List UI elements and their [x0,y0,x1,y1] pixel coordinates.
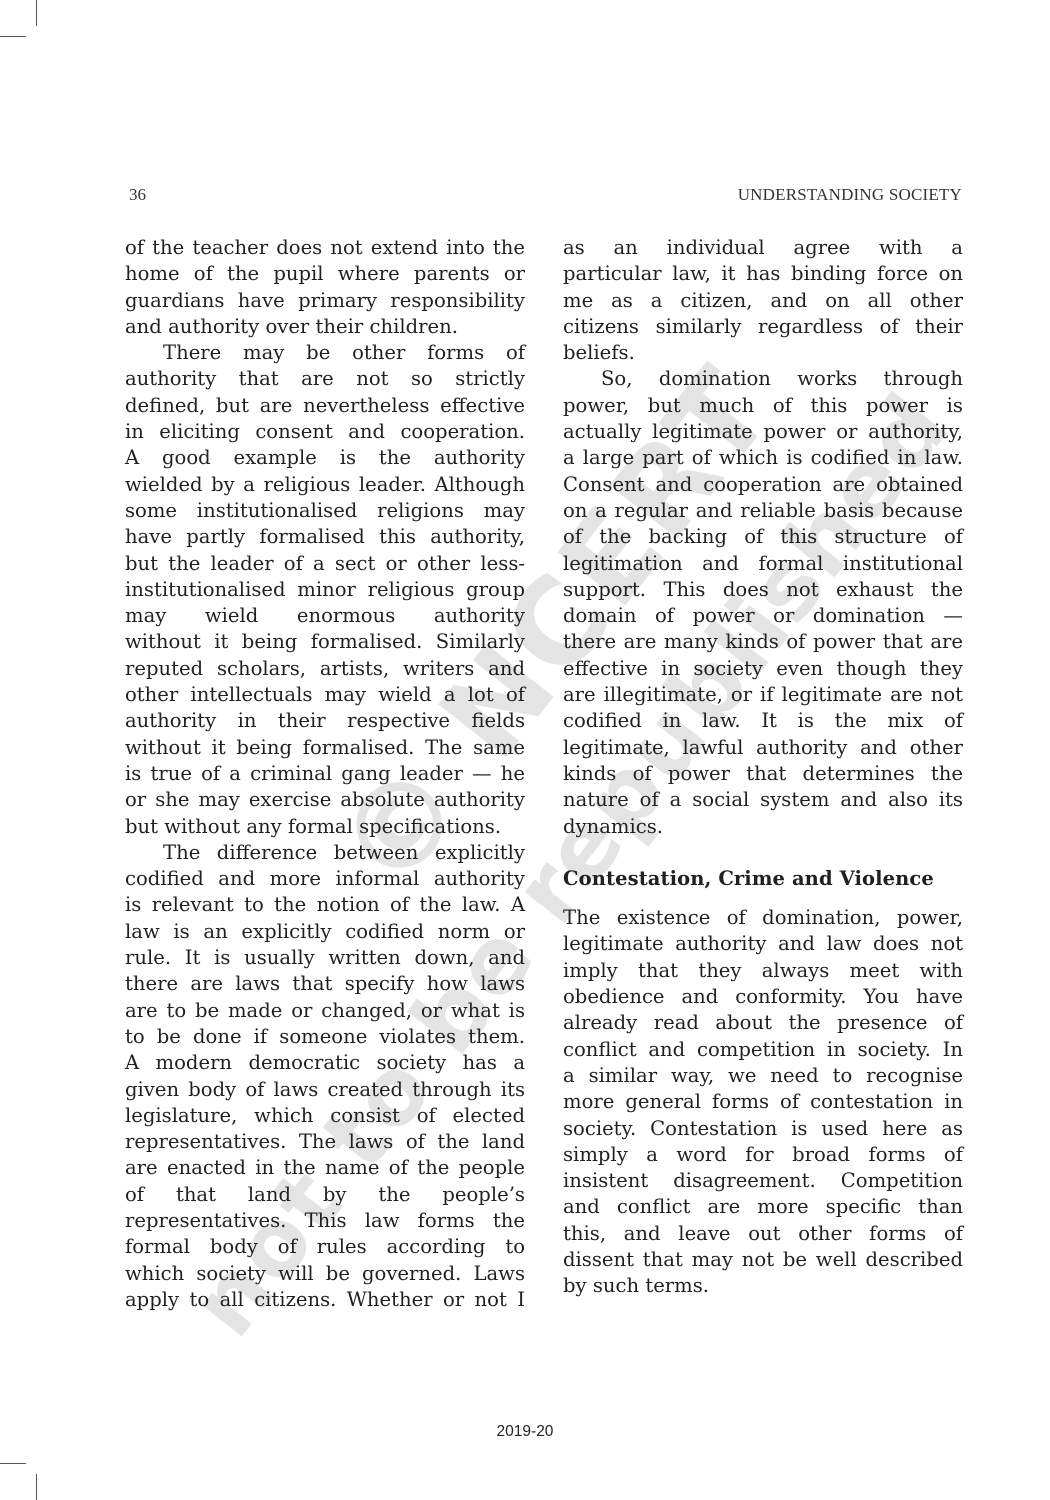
text-line: law is an explicitly codified norm or [125,919,525,945]
text-line: other intellectuals may wield a lot of [125,682,525,708]
text-line: nature of a social system and also its [563,787,963,813]
text-line: A good example is the authority [125,445,525,471]
text-line: codified in law. It is the mix of [563,708,963,734]
text-line: which society will be governed. Laws [125,1261,525,1287]
text-line: there are laws that specify how laws [125,971,525,997]
text-line: to be done if someone violates them. [125,1024,525,1050]
text-line: but without any formal specifications. [125,814,525,840]
text-line: is relevant to the notion of the law. A [125,892,525,918]
text-line: a similar way, we need to recognise [563,1063,963,1089]
text-line: conflict and competition in society. In [563,1037,963,1063]
text-line: representatives. This law forms the [125,1208,525,1234]
text-line: simply a word for broad forms of [563,1142,963,1168]
left-column: of the teacher does not extend into theh… [125,235,525,1313]
text-line: on a regular and reliable basis because [563,498,963,524]
right-column-body-top: as an individual agree with aparticular … [563,235,963,840]
text-line: are to be made or changed, or what is [125,998,525,1024]
text-line: of the backing of this structure of [563,524,963,550]
text-line: me as a citizen, and on all other [563,288,963,314]
text-line: by such terms. [563,1273,963,1299]
text-line: The difference between explicitly [125,840,525,866]
text-line: representatives. The laws of the land [125,1129,525,1155]
text-line: a large part of which is codified in law… [563,445,963,471]
text-line: formal body of rules according to [125,1234,525,1260]
text-line: effective in society even though they [563,656,963,682]
text-line: rule. It is usually written down, and [125,945,525,971]
text-line: power, but much of this power is [563,393,963,419]
text-line: obedience and conformity. You have [563,984,963,1010]
text-line: Consent and cooperation are obtained [563,472,963,498]
text-line: There may be other forms of [125,340,525,366]
text-line: citizens similarly regardless of their [563,314,963,340]
text-line: guardians have primary responsibility [125,288,525,314]
text-line: reputed scholars, artists, writers and [125,656,525,682]
text-line: of that land by the people’s [125,1182,525,1208]
right-column-body-bottom: The existence of domination, power,legit… [563,905,963,1299]
text-line: this, and leave out other forms of [563,1221,963,1247]
text-line: some institutionalised religions may [125,498,525,524]
text-line: institutionalised minor religious group [125,577,525,603]
text-line: kinds of power that determines the [563,761,963,787]
text-line: dissent that may not be well described [563,1247,963,1273]
running-header: UNDERSTANDING SOCIETY [738,185,962,205]
text-line: there are many kinds of power that are [563,629,963,655]
text-line: are enacted in the name of the people [125,1155,525,1181]
text-line: authority in their respective fields [125,708,525,734]
text-line: given body of laws created through its [125,1077,525,1103]
text-line: legitimate authority and law does not [563,931,963,957]
text-line: society. Contestation is used here as [563,1116,963,1142]
text-line: is true of a criminal gang leader — he [125,761,525,787]
text-line: domain of power or domination — [563,603,963,629]
text-line: The existence of domination, power, [563,905,963,931]
page: 36 UNDERSTANDING SOCIETY of the teacher … [0,0,1050,1500]
text-line: have partly formalised this authority, [125,524,525,550]
text-line: as an individual agree with a [563,235,963,261]
text-line: imply that they always meet with [563,958,963,984]
text-line: or she may exercise absolute authority [125,787,525,813]
text-line: insistent disagreement. Competition [563,1168,963,1194]
text-line: may wield enormous authority [125,603,525,629]
text-line: more general forms of contestation in [563,1089,963,1115]
text-line: beliefs. [563,340,963,366]
edition-footer: 2019-20 [0,1423,1050,1441]
text-line: apply to all citizens. Whether or not I [125,1287,525,1313]
text-line: authority that are not so strictly [125,366,525,392]
text-line: support. This does not exhaust the [563,577,963,603]
page-number: 36 [129,185,146,205]
text-line: without it being formalised. The same [125,735,525,761]
text-line: wielded by a religious leader. Although [125,472,525,498]
text-line: defined, but are nevertheless effective [125,393,525,419]
text-line: So, domination works through [563,366,963,392]
text-line: but the leader of a sect or other less- [125,551,525,577]
text-line: legitimation and formal institutional [563,551,963,577]
text-line: A modern democratic society has a [125,1050,525,1076]
text-line: without it being formalised. Similarly [125,629,525,655]
text-line: actually legitimate power or authority, [563,419,963,445]
text-line: particular law, it has binding force on [563,261,963,287]
text-line: in eliciting consent and cooperation. [125,419,525,445]
section-heading: Contestation, Crime and Violence [563,866,963,892]
text-line: are illegitimate, or if legitimate are n… [563,682,963,708]
text-line: home of the pupil where parents or [125,261,525,287]
right-column: as an individual agree with aparticular … [563,235,963,1300]
text-line: and authority over their children. [125,314,525,340]
text-line: already read about the presence of [563,1010,963,1036]
text-line: of the teacher does not extend into the [125,235,525,261]
text-line: legislature, which consist of elected [125,1103,525,1129]
text-line: dynamics. [563,814,963,840]
text-line: legitimate, lawful authority and other [563,735,963,761]
text-line: and conflict are more specific than [563,1194,963,1220]
text-line: codified and more informal authority [125,866,525,892]
